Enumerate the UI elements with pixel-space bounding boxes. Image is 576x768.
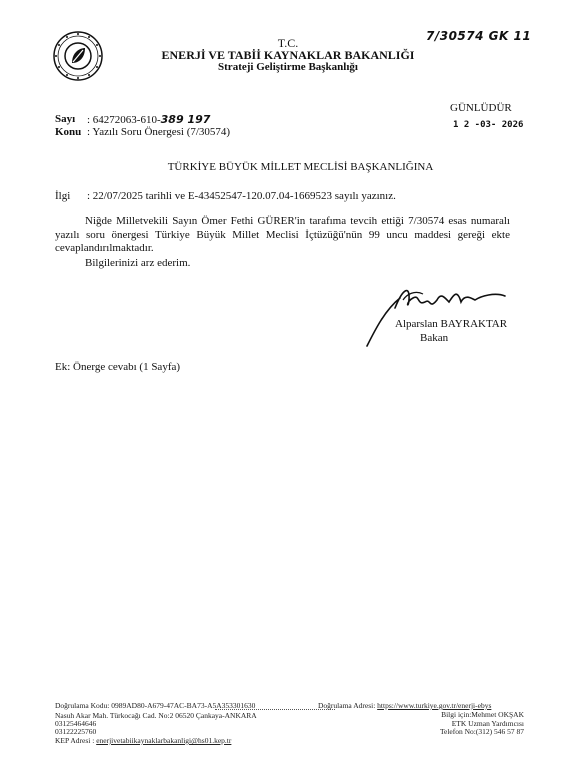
body-paragraph: Niğde Milletvekili Sayın Ömer Fethi GÜRE…: [55, 215, 510, 256]
konu-value: : Yazılı Soru Önergesi (7/30574): [87, 126, 230, 138]
ilgi-label: İlgi: [55, 190, 70, 202]
konu-label: Konu: [55, 126, 81, 138]
signer-name: Alparslan BAYRAKTAR: [395, 318, 507, 330]
kep-address-link[interactable]: enerjivetabiikaynaklarbakanligi@hs01.kep…: [96, 736, 231, 745]
verify-url-link[interactable]: https://www.turkiye.gov.tr/enerji-ebys: [377, 701, 491, 710]
addressee: TÜRKİYE BÜYÜK MİLLET MECLİSİ BAŞKANLIĞIN…: [0, 161, 576, 173]
handwritten-reference: 7/30574 GK 11: [426, 29, 531, 43]
closing-line: Bilgilerinizi arz ederim.: [85, 257, 190, 269]
kep-address: KEP Adresi : enerjivetabiikaynaklarbakan…: [55, 736, 231, 745]
ilgi-value: : 22/07/2025 tarihli ve E-43452547-120.0…: [87, 190, 396, 202]
verify-label: Doğrulama Adresi:: [318, 701, 377, 710]
sayi-handwritten: 389 197: [161, 113, 211, 126]
signer-title: Bakan: [420, 332, 448, 344]
sayi-number: : 64272063-610-: [87, 114, 161, 126]
sayi-value: : 64272063-610-389 197: [87, 113, 210, 126]
body-text: Niğde Milletvekili Sayın Ömer Fethi GÜRE…: [55, 215, 510, 256]
attachment-note: Ek: Önerge cevabı (1 Sayfa): [55, 361, 180, 373]
urgency-label: GÜNLÜDÜR: [450, 102, 512, 114]
footer-phone-2: 03122225760: [55, 727, 96, 736]
contact-info: Bilgi için:Mehmet OKŞAK ETK Uzman Yardım…: [440, 711, 524, 737]
department-name: Strateji Geliştirme Başkanlığı: [0, 61, 576, 73]
sayi-label: Sayı: [55, 113, 75, 125]
date-stamp: 1 2 -03- 2026: [453, 120, 523, 130]
footer-divider: [215, 703, 335, 710]
verification-address: Doğrulama Adresi: https://www.turkiye.go…: [318, 701, 491, 710]
kep-label: KEP Adresi :: [55, 736, 96, 745]
contact-phone: Telefon No:(312) 546 57 87: [440, 728, 524, 737]
